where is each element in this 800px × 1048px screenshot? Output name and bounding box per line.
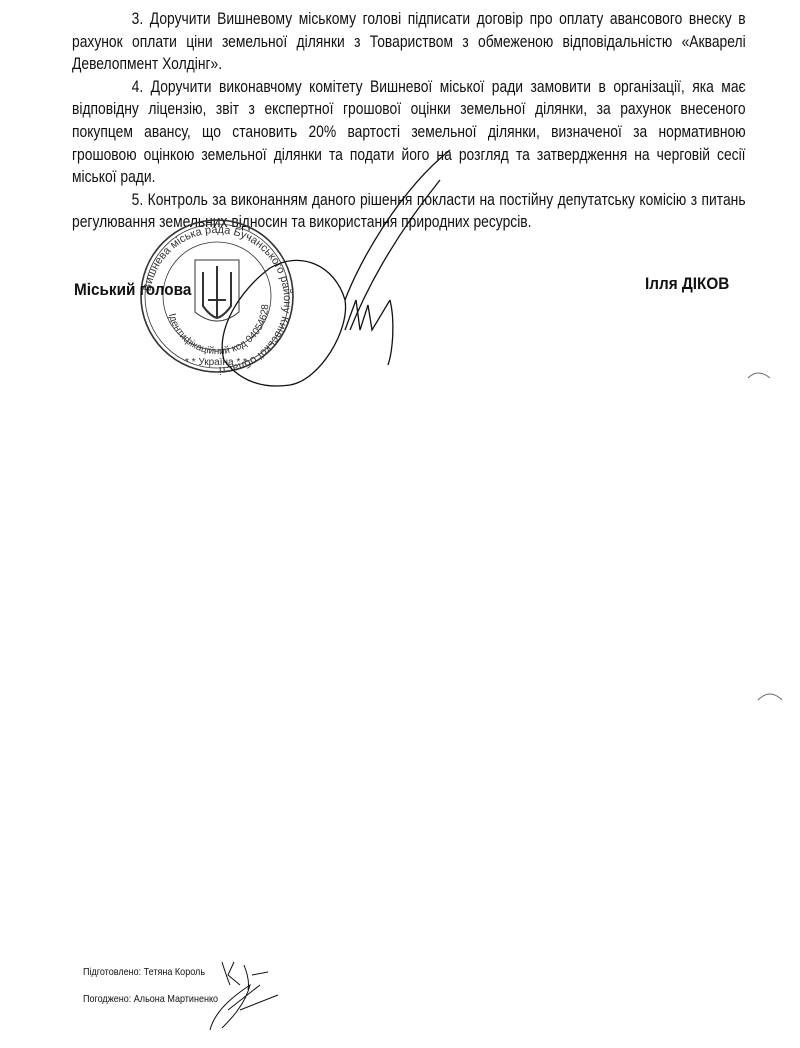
approved-by: Погоджено: Альона Мартиненко bbox=[83, 993, 218, 1005]
prepared-by: Підготовлено: Тетяна Король bbox=[83, 966, 205, 978]
stamp-bottom-text: * * Україна * * bbox=[185, 357, 247, 368]
stamp-inner-text: Ідентифікаційний код 04054628 bbox=[166, 303, 271, 357]
signature-title: Міський голова bbox=[74, 280, 191, 300]
initials-signatures bbox=[210, 962, 278, 1030]
scan-artifact bbox=[758, 694, 782, 700]
document-page: 3.ДоручитиВишневомуміськомуголовіпідписа… bbox=[0, 0, 800, 1048]
signatory-name: Ілля ДІКОВ bbox=[645, 274, 729, 294]
scan-artifact bbox=[748, 373, 770, 378]
stamp-and-signatures: Вишнева міська рада Бучанського району К… bbox=[0, 0, 800, 1048]
